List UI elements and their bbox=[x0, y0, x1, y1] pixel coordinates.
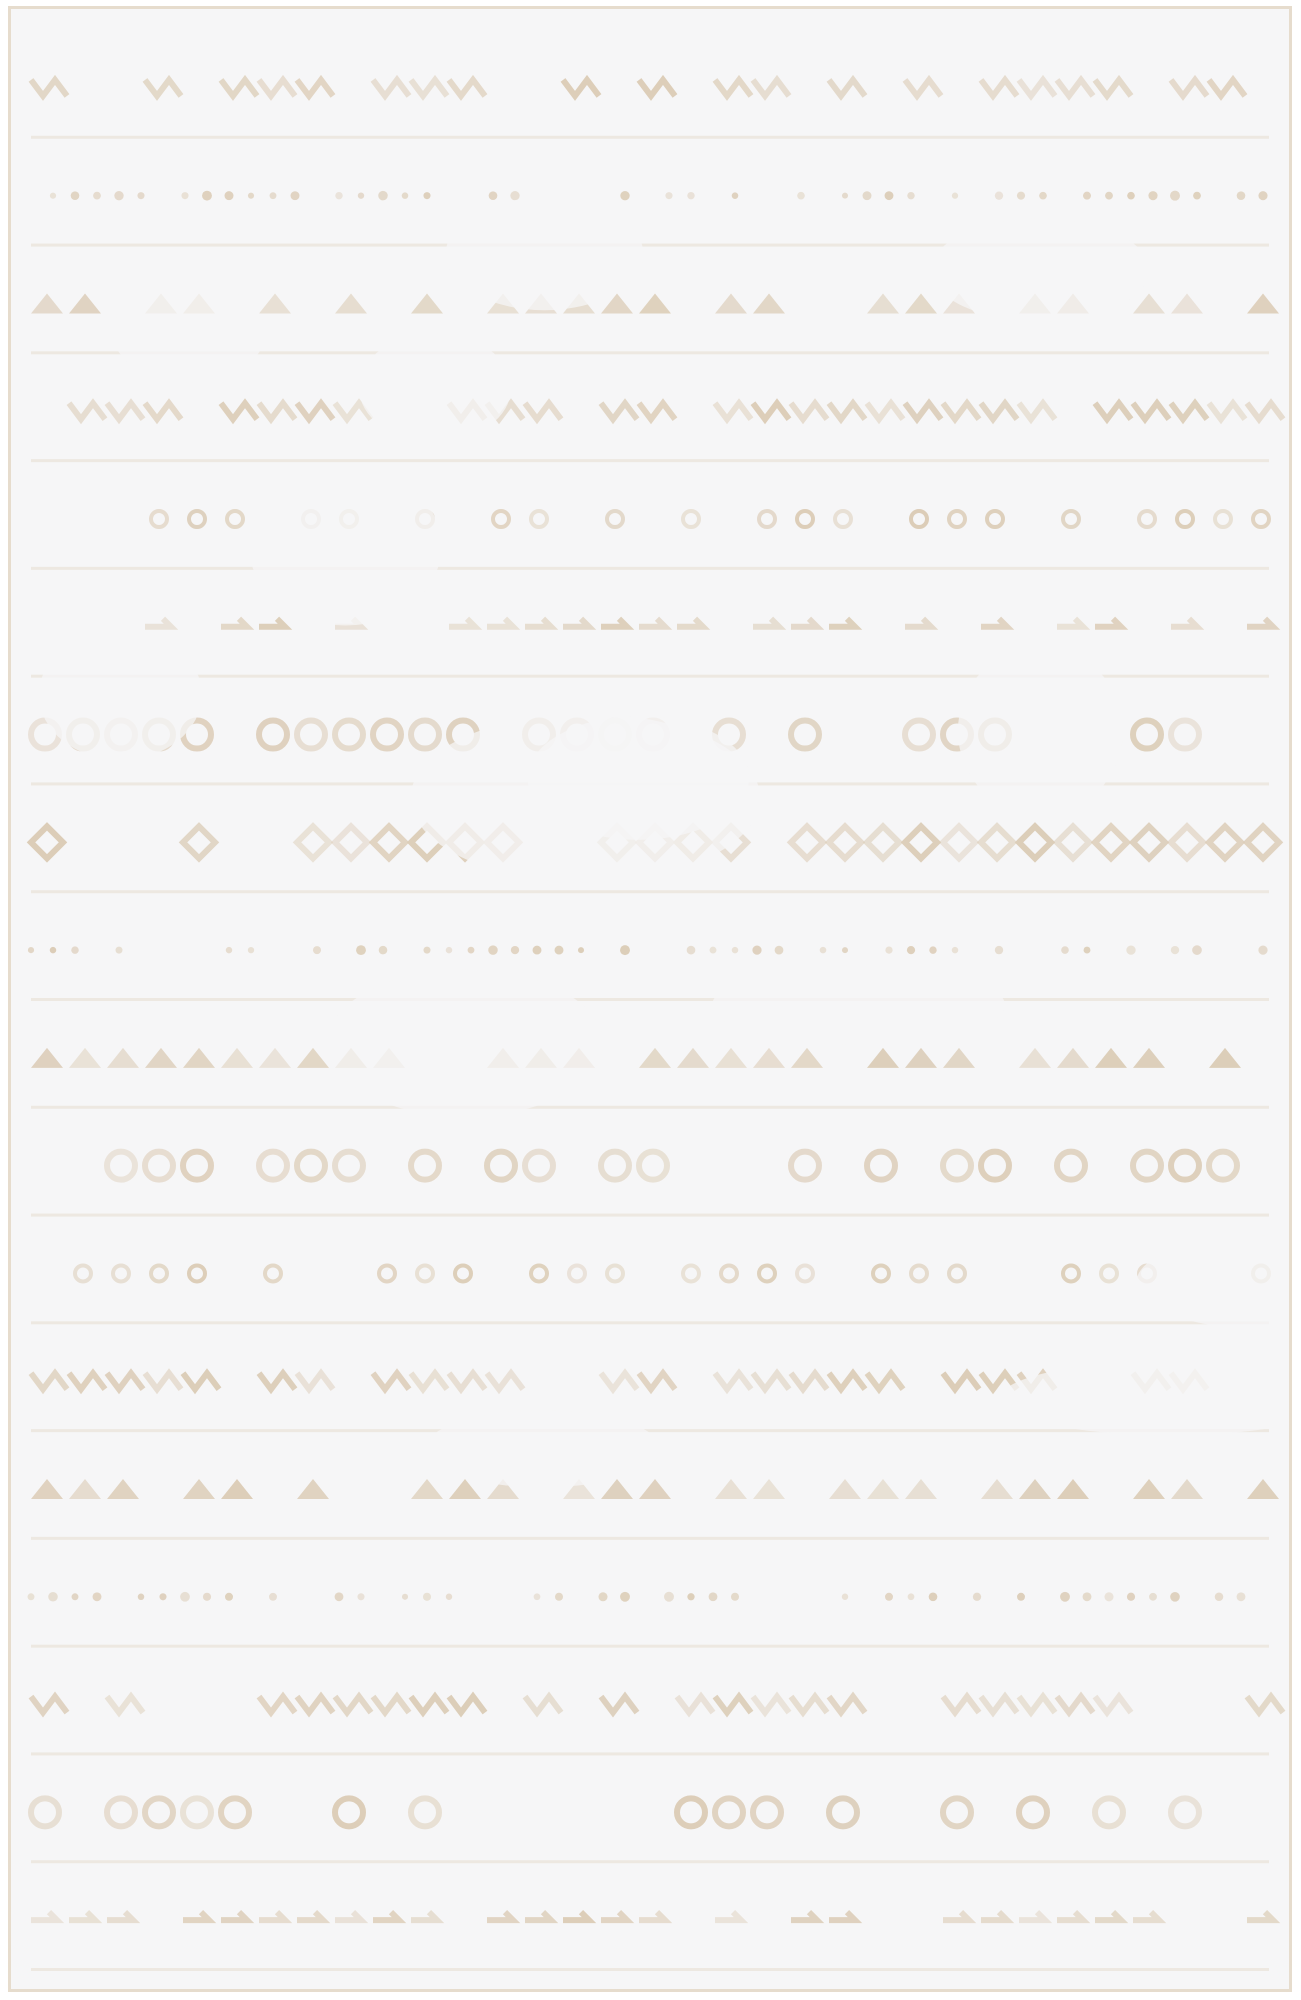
rug-pattern bbox=[11, 9, 1289, 1989]
rug bbox=[8, 6, 1292, 1992]
